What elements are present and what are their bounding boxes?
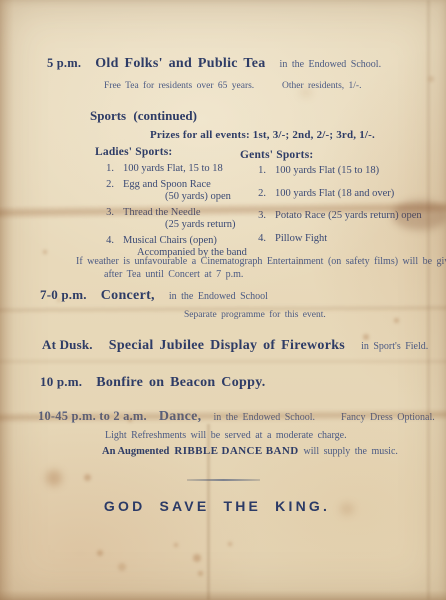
item-number: 2. bbox=[252, 188, 266, 199]
list-item: 4. Pillow Fight bbox=[252, 233, 432, 246]
fireworks-event-row: At Dusk. Special Jubilee Display of Fire… bbox=[42, 337, 428, 354]
item-line: Musical Chairs (open) bbox=[123, 235, 217, 246]
dance-band-line: An Augmented RIBBLE DANCE BAND will supp… bbox=[102, 445, 398, 457]
item-subline: (50 yards) open bbox=[123, 191, 231, 204]
item-number: 2. bbox=[100, 179, 114, 190]
dance-time: 10-45 p.m. to 2 a.m. bbox=[38, 409, 147, 424]
list-item: 2. Egg and Spoon Race (50 yards) open bbox=[100, 179, 250, 204]
tea-time: 5 p.m. bbox=[47, 56, 81, 71]
paper-stain bbox=[193, 554, 201, 562]
ladies-sports-list: 1. 100 yards Flat, 15 to 18 2. Egg and S… bbox=[100, 163, 250, 263]
tea-event-row: 5 p.m. Old Folks' and Public Tea in the … bbox=[47, 56, 381, 72]
item-line: 100 yards Flat (15 to 18) bbox=[275, 165, 379, 178]
dance-title: Dance, bbox=[159, 409, 202, 425]
concert-time: 7-0 p.m. bbox=[40, 287, 87, 303]
tea-venue: in the Endowed School. bbox=[280, 59, 382, 70]
item-line: Egg and Spoon Race bbox=[123, 179, 211, 190]
programme-page: 5 p.m. Old Folks' and Public Tea in the … bbox=[0, 0, 446, 600]
dance-event-row: 10-45 p.m. to 2 a.m. Dance, in the Endow… bbox=[38, 409, 435, 425]
item-line: Potato Race (25 yards return) open bbox=[275, 210, 422, 223]
tea-title: Old Folks' and Public Tea bbox=[95, 56, 265, 72]
list-item: 3. Potato Race (25 yards return) open bbox=[252, 210, 432, 223]
paper-stain bbox=[394, 318, 399, 323]
ladies-sports-heading: Ladies' Sports: bbox=[95, 146, 172, 158]
paper-stain bbox=[43, 250, 47, 254]
fireworks-title: Special Jubilee Display of Fireworks bbox=[109, 338, 345, 354]
list-item: 2. 100 yards Flat (18 and over) bbox=[252, 188, 432, 201]
paper-stain bbox=[428, 76, 434, 82]
concert-note: Separate programme for this event. bbox=[184, 310, 326, 320]
concert-venue: in the Endowed School bbox=[169, 291, 268, 302]
dance-note: Fancy Dress Optional. bbox=[341, 412, 435, 423]
item-number: 4. bbox=[252, 233, 266, 244]
paper-stain bbox=[46, 470, 62, 486]
item-number: 3. bbox=[252, 210, 266, 221]
item-line: Thread the Needle bbox=[123, 207, 201, 218]
paper-edge-shadow-left bbox=[0, 0, 14, 600]
item-subline: (25 yards return) bbox=[123, 219, 236, 232]
dance-refreshments-note: Light Refreshments will be served at a m… bbox=[105, 430, 347, 441]
item-text: Thread the Needle (25 yards return) bbox=[123, 207, 236, 232]
footer-divider bbox=[187, 479, 260, 481]
item-text: Egg and Spoon Race (50 yards) open bbox=[123, 179, 231, 204]
item-number: 1. bbox=[100, 163, 114, 174]
bonfire-time: 10 p.m. bbox=[40, 374, 82, 390]
concert-event-row: 7-0 p.m. Concert, in the Endowed School bbox=[40, 287, 268, 304]
paper-stain bbox=[174, 543, 178, 547]
item-text: 100 yards Flat, 15 to 18 bbox=[123, 163, 223, 176]
list-item: 3. Thread the Needle (25 yards return) bbox=[100, 207, 250, 232]
weather-note-line1: If weather is unfavourable a Cinematogra… bbox=[76, 256, 446, 267]
fireworks-time: At Dusk. bbox=[42, 337, 93, 353]
list-item: 1. 100 yards Flat, 15 to 18 bbox=[100, 163, 250, 176]
gents-sports-list: 1. 100 yards Flat (15 to 18) 2. 100 yard… bbox=[252, 165, 432, 255]
bonfire-title: Bonfire on Beacon Coppy. bbox=[96, 375, 265, 391]
gents-sports-heading: Gents' Sports: bbox=[240, 149, 313, 161]
fold-crease-faint bbox=[0, 358, 446, 365]
paper-stain bbox=[228, 542, 232, 546]
fireworks-venue: in Sport's Field. bbox=[361, 341, 428, 352]
sports-prizes-line: Prizes for all events: 1st, 3/-; 2nd, 2/… bbox=[150, 129, 375, 141]
dance-venue: in the Endowed School. bbox=[213, 412, 315, 423]
tea-note-other: Other residents, 1/-. bbox=[282, 81, 361, 91]
list-item: 1. 100 yards Flat (15 to 18) bbox=[252, 165, 432, 178]
tea-note-free: Free Tea for residents over 65 years. bbox=[104, 81, 254, 91]
item-line: 100 yards Flat, 15 to 18 bbox=[123, 163, 223, 174]
paper-stain bbox=[118, 563, 126, 571]
item-number: 3. bbox=[100, 207, 114, 218]
motto-text: GOD SAVE THE KING. bbox=[0, 498, 440, 514]
band-name: RIBBLE DANCE BAND bbox=[174, 445, 298, 457]
item-line: 100 yards Flat (18 and over) bbox=[275, 188, 394, 201]
concert-title: Concert, bbox=[101, 288, 155, 304]
paper-stain bbox=[97, 550, 103, 556]
item-number: 4. bbox=[100, 235, 114, 246]
sports-heading: Sports (continued) bbox=[90, 108, 197, 124]
weather-note-line2: after Tea until Concert at 7 p.m. bbox=[104, 269, 243, 280]
band-suffix: will supply the music. bbox=[304, 446, 398, 457]
item-number: 1. bbox=[252, 165, 266, 176]
paper-stain bbox=[84, 474, 91, 481]
item-line: Pillow Fight bbox=[275, 233, 327, 246]
paper-edge-shadow-bottom bbox=[0, 590, 446, 600]
band-prefix: An Augmented bbox=[102, 446, 169, 457]
bonfire-event-row: 10 p.m. Bonfire on Beacon Coppy. bbox=[40, 374, 266, 391]
paper-stain bbox=[198, 571, 203, 576]
